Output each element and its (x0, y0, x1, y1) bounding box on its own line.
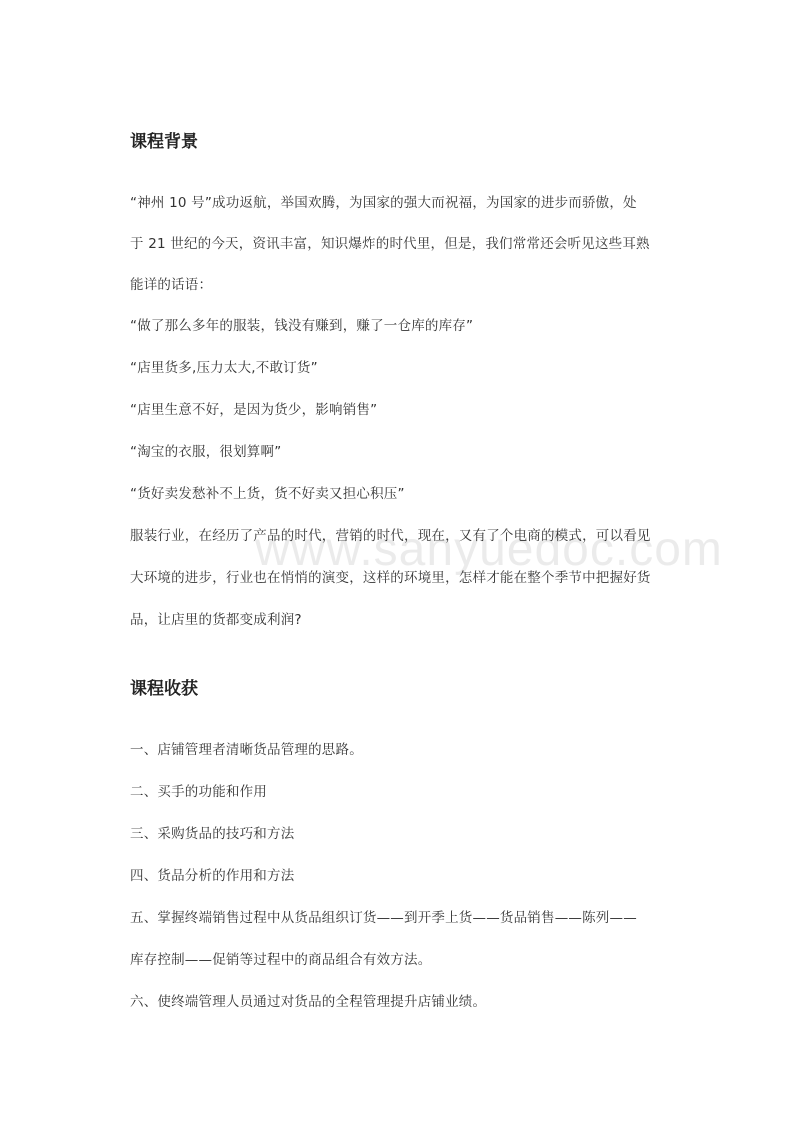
quote-line: “店里货多,压力太大,不敢订货” (130, 356, 318, 376)
section-title-background: 课程背景 (130, 127, 198, 152)
list-item: 一、店铺管理者清晰货品管理的思路。 (130, 738, 363, 758)
paragraph-line: 品，让店里的货都变成利润? (130, 608, 302, 628)
list-item: 五、掌握终端销售过程中从货品组织订货——到开季上货——货品销售——陈列—— (130, 906, 637, 926)
quote-line: “货好卖发愁补不上货，货不好卖又担心积压” (130, 482, 405, 502)
section-title-outcomes: 课程收获 (130, 674, 198, 699)
list-item: 二、买手的功能和作用 (130, 780, 267, 800)
paragraph-line: 大环境的进步，行业也在悄悄的演变，这样的环境里，怎样才能在整个季节中把握好货 (130, 566, 651, 586)
list-item-continuation: 库存控制——促销等过程中的商品组合有效方法。 (130, 948, 431, 968)
quote-line: “做了那么多年的服装，钱没有赚到，赚了一仓库的库存” (130, 314, 473, 334)
paragraph-line: “神州 10 号”成功返航，举国欢腾，为国家的强大而祝福，为国家的进步而骄傲，处 (130, 191, 637, 211)
list-item: 三、采购货品的技巧和方法 (130, 822, 294, 842)
paragraph-line: 服装行业，在经历了产品的时代，营销的时代，现在，又有了个电商的模式，可以看见 (130, 524, 651, 544)
list-item: 四、货品分析的作用和方法 (130, 864, 294, 884)
paragraph-line: 于 21 世纪的今天，资讯丰富，知识爆炸的时代里，但是，我们常常还会听见这些耳熟 (130, 232, 650, 252)
paragraph-line: 能详的话语： (130, 273, 212, 293)
list-item: 六、使终端管理人员通过对货品的全程管理提升店铺业绩。 (130, 990, 486, 1010)
quote-line: “淘宝的衣服，很划算啊” (130, 440, 281, 460)
quote-line: “店里生意不好，是因为货少，影响销售” (130, 398, 377, 418)
